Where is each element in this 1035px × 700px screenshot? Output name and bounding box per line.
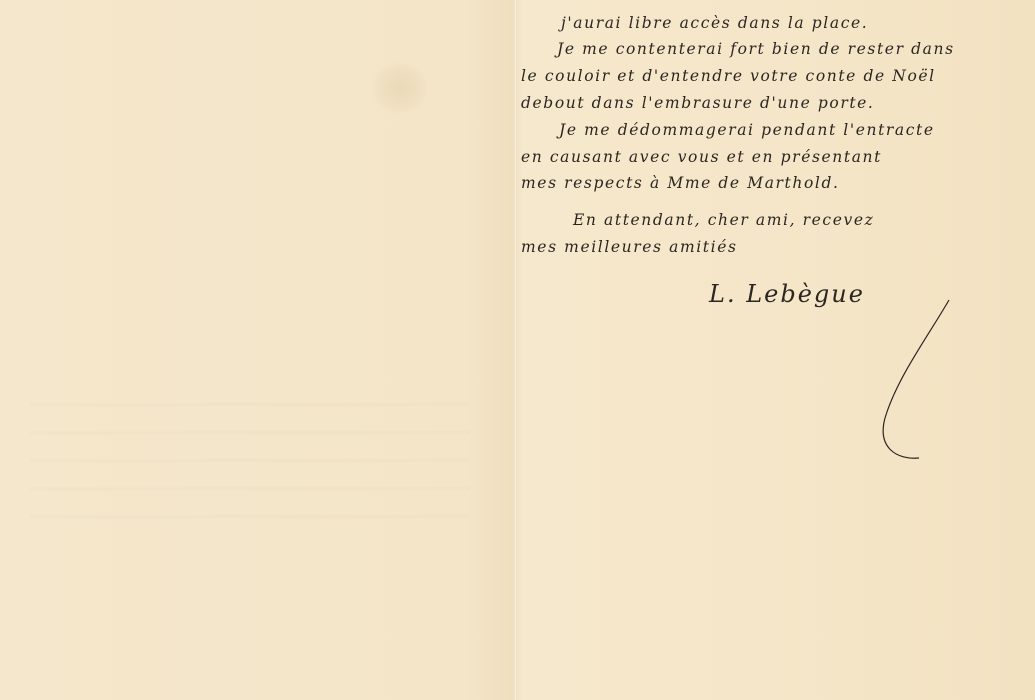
ink-show-through <box>30 380 470 530</box>
letter-line-3: le couloir et d'entendre votre conte de … <box>521 69 936 85</box>
letter-line-7: mes respects à Mme de Marthold. <box>521 176 840 192</box>
letter-line-4: debout dans l'embrasure d'une porte. <box>521 96 874 112</box>
right-page: j'aurai libre accès dans la place. Je me… <box>517 0 1035 700</box>
letter-line-6: en causant avec vous et en présentant <box>521 150 882 166</box>
signature-flourish-icon <box>857 298 957 468</box>
letter-line-1: j'aurai libre accès dans la place. <box>561 16 868 32</box>
monogram-emboss-icon <box>372 62 428 114</box>
signature: L. Lebègue <box>709 280 865 308</box>
letter-line-9: mes meilleures amitiés <box>521 240 738 256</box>
left-page <box>0 0 515 700</box>
letter-line-5: Je me dédommagerai pendant l'entracte <box>559 123 935 139</box>
letter-line-2: Je me contenterai fort bien de rester da… <box>557 42 955 58</box>
letter-line-8: En attendant, cher ami, recevez <box>573 213 874 229</box>
letter-spread: j'aurai libre accès dans la place. Je me… <box>0 0 1035 700</box>
